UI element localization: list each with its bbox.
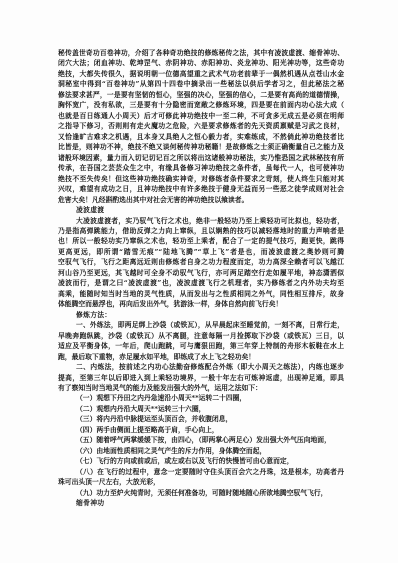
paragraph-line: 传承，在吾国之芸芸众生之中，有缘具备修习神功绝技之条件者，虽每代一人，也可使神功 (58, 163, 344, 173)
list-item-step-8: （八）在飞行的过程中，意念一定要随时守住头顶百会穴之丹珠，这是根本，功高者丹 (58, 467, 344, 477)
paragraph-line: 二、内炼法，按前述之内功心法勤奋修炼配合外练（即大小周天之练法），内练也逐步 (58, 362, 344, 372)
scanned-page: 秘传盖世奇功百卷神功，介绍了各种奇功绝技的修炼秘传之法，其中有凌波虚渡、缩骨神功… (0, 0, 398, 563)
paragraph-line: 秘传盖世奇功百卷神功，介绍了各种奇功绝技的修炼秘传之法，其中有凌波虚渡、缩骨神功… (58, 48, 344, 58)
list-item-step-9: （九）功力至炉火纯青时，无须任何准备功，可随时随地随心所欲地腾空驭气飞行， (58, 488, 344, 498)
paragraph-line: 适应及平衡身体，一年后，爬山跑跳，可与鹰狠田跑，第三年穿上特制的舟形木板鞋在水上 (58, 341, 344, 351)
list-item-step-3: （三）将内丹沿中脉提运至头顶百会，并收腹闭息， (58, 414, 344, 424)
paragraph-line: 闭穴大法；闭血神功、乾坤罡气、赤阴神功、赤阳神功、炎龙神功、阳光神功等，这些奇功 (58, 58, 344, 68)
paragraph-line: 又恰逢旷古难求之机遇，且本身又具绝人之恒心毅力者，实难练成，不然倘此神功绝技者比 (58, 132, 344, 142)
paragraph-line: 空驭气飞行，飞行之距离远近则由修炼者自身之功力程度而定，功力高深全赖者可以飞越江 (58, 257, 344, 267)
paragraph-line: 危害大矣！凡经斟酌选出其中对社会无害的神功绝技以飨读者。 (58, 195, 344, 205)
paragraph-line: 之指导下修习，否则则有走火魔功之危险，六是要求修炼者的先天资质禀赋是习武之良材， (58, 121, 344, 131)
paragraph-line: 河山谷乃至更远，其飞越时可全身不动驭气飞行，亦可两足踏空行走如履平地，神态潇洒似 (58, 268, 344, 278)
document-body: 秘传盖世奇功百卷神功，介绍了各种奇功绝技的修炼秘传之法，其中有凌波虚渡、缩骨神功… (58, 48, 344, 509)
paragraph-line: 大凌波虚渡者，实乃驭气飞行之术也，绝非一般轻功乃至上乘轻功可比拟也，轻功者， (58, 216, 344, 226)
paragraph-line: 也就是百日练通人小周天）后才可修此神功绝技中一至二种，不可贪多无成五是必须在明师 (58, 111, 344, 121)
paragraph-line: 高乘，能随时知当时当地的灵气性质，从而发出与之性质相同之外气，同性相互排斥，故身 (58, 289, 344, 299)
paragraph-line: 更高更远，即所谓“踏雪无痕”“陆地飞腾”“草上飞”者是也，而凌波虚渡之奥妙则可腾 (58, 247, 344, 257)
list-item-step-5: （五）随着呼气两掌缓缓下按，由四心，（即两掌心两足心）发出强大外气压向地面， (58, 435, 344, 445)
paragraph-line: 兴叹，难望有成功之日，且神功绝技中有许多绝技于健身无益而另一些恶之徒学成则对社会 (58, 184, 344, 194)
paragraph-line: 凌波而行，是谓之曰“凌波虚渡”也，凌波虚渡飞行之机理者，实乃修练者之内外功夫均至 (58, 278, 344, 288)
paragraph-line: 也！所以一般轻功实乃窜纵之术也，轻功至上乘者，配合了一定的提气技巧，跑更快，跳得 (58, 236, 344, 246)
subheading-method: 修炼方法： (58, 310, 344, 320)
paragraph-line: 提高，至第三年以后即进入到上乘轻功境界，一般十年左右可炼神返虚，出现神足通，即具 (58, 373, 344, 383)
paragraph-line: 洞秘室中得到“百卷神功”从第四十四卷中摘录出一些秘法以供后学者习之，但此秘法之秘 (58, 79, 344, 89)
list-item-step-8-continued: 珠可出头顶一尺左右，大放光彩， (58, 477, 344, 487)
paragraph-line: 有了察知当时当地灵气的能力及能发出强大的外气，运用之法如下： (58, 383, 344, 393)
paragraph-line: 乃是指高弹跳能力，借助反弹之力向上窜纵，且以娴熟的技巧以减轻落地时的重力声响者是 (58, 226, 344, 236)
paragraph-line: 胸怀宽广，没有私欲，三是要有十分隐密而宽敞之修炼环境，四是要在前面内功心法大成（ (58, 100, 344, 110)
paragraph-line: 跑，最后取下重物，赤足履水如平地，即练成了水上飞之轻功矣！ (58, 352, 344, 362)
paragraph-line: 绝技不至失传矣！但这些神功绝技确实神奇，对修练者条件要求之苛刻，使人终生只能对其 (58, 174, 344, 184)
paragraph-line: 早晚奔跑纵跳，沙袋（或铁瓦）从不离腿，注意每隔一月捡掷取下沙袋（或铁瓦）三日，以 (58, 331, 344, 341)
section-heading-suogu-shengong: 缩骨神功 (58, 498, 344, 508)
list-item-step-6: （六）由地面性质相同之灵气产生的斥力作用，身体腾空而起， (58, 446, 344, 456)
paragraph-line: 体能腾空而悬浮也，再向后发出外气，犹游泳一样，身体自然向前飞行矣！ (58, 299, 344, 309)
list-item-step-2: （二）观想内丹沿大周天**运转三十六圈， (58, 404, 344, 414)
list-item-step-7: （七）飞行的方向或前或后，或左或右以及飞行的快慢皆可由心意而定， (58, 456, 344, 466)
paragraph-line: 修法要求甚严，一是要有坚韧的恒心，坚强的决心，坚强的信心，二是要有高尚的道德情操… (58, 90, 344, 100)
list-item-step-4: （四）两手由侧面上提至略高于肩，手心向上， (58, 425, 344, 435)
paragraph-line: 一、外练法，即两足绑上沙袋（或铁瓦），从早晨起床至睡觉前，一刻不离，日常行走， (58, 320, 344, 330)
paragraph-line: 比皆是，则神功不神，绝技不绝又谈何秘传神功秘籍！是故修炼之士须正确衡量自己之能力… (58, 142, 344, 152)
section-heading-lingbo-xudu: 凌波虚渡 (58, 205, 344, 215)
paragraph-line: 诸般环境因素，量力而入切记切记百之所以将出这诸般神功秘法，实乃惟恐国之武林秘技有… (58, 153, 344, 163)
list-item-step-1: （一）观想下丹田之内丹急速沿小周天**运转二十四圈， (58, 393, 344, 403)
paragraph-line: 绝技，大都失传很久，据说明朝一位德高望重之武术气功老前辈于一偶然机遇从点苍山水金 (58, 69, 344, 79)
